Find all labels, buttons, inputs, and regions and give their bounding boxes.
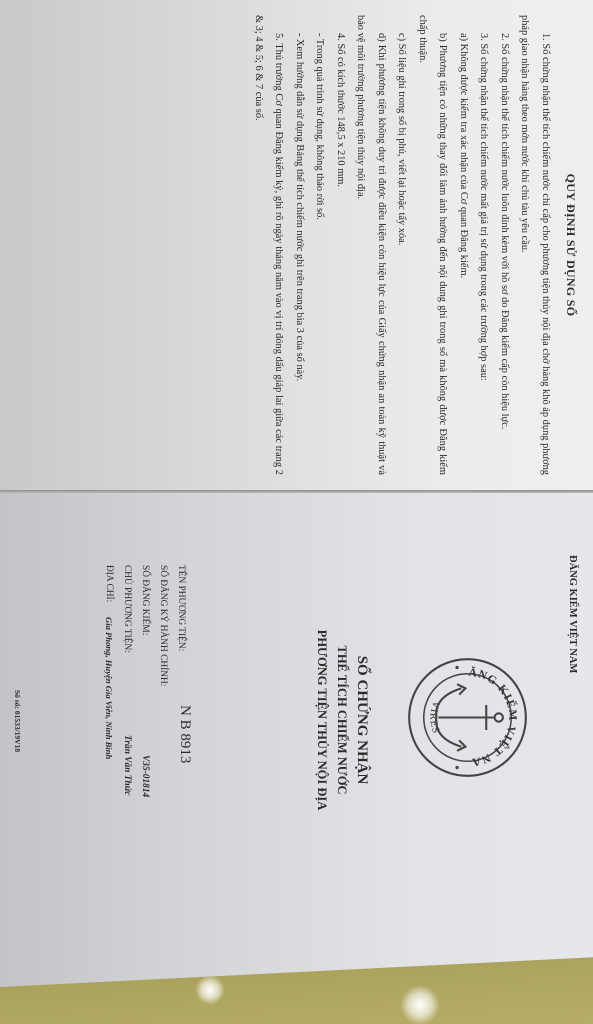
rule-3c: c) Số liệu ghi trong sổ bị phủ, viết lại…: [391, 15, 412, 475]
cover-title-line2: THỂ TÍCH CHIẾM NƯỚC: [332, 590, 352, 850]
page-fold: [0, 490, 593, 493]
owner-field: CHỦ PHƯƠNG TIỆN: Trần Văn Thức: [118, 565, 136, 865]
vessel-name-field: TÊN PHƯƠNG TIỆN: N B 8913: [172, 565, 190, 865]
registry-number-field: SỐ ĐĂNG KIỂM: V35-01814: [136, 565, 154, 865]
rule-4: 4. Sổ có kích thước 148,5 x 210 mm.: [330, 15, 351, 475]
owner-value: Trần Văn Thức: [118, 735, 136, 796]
rule-1: 1. Sổ chứng nhận thể tích chiếm nước chỉ…: [514, 15, 555, 475]
cover-title-line3: PHƯƠNG TIỆN THỦY NỘI ĐỊA: [312, 590, 332, 850]
light-glare: [195, 975, 225, 1005]
vessel-info: TÊN PHƯƠNG TIỆN: N B 8913 SỐ ĐĂNG KÝ HÀN…: [100, 565, 190, 865]
rule-3d: d) Khi phương tiện không duy trì được đi…: [350, 15, 391, 475]
cover-title-line1: SỔ CHỨNG NHẬN: [352, 590, 372, 850]
rule-3: 3. Sổ chứng nhận thể tích chiếm nước mất…: [473, 15, 494, 475]
rules-title: QUY ĐỊNH SỬ DỤNG SỔ: [563, 15, 578, 475]
booklet-serial: Số sổ: 01533/19V18: [13, 690, 22, 752]
rule-4-note1: - Trong quá trình sử dụng, không tháo rờ…: [309, 15, 330, 475]
anchor-icon: ĐĂNG KIỂM VIỆT NAM VIRES: [405, 655, 530, 780]
rule-3a: a) Không được kiểm tra xác nhận của Cơ q…: [453, 15, 474, 475]
rule-4-note2: - Xem hướng dẫn sử dụng Bảng thể tích ch…: [289, 15, 310, 475]
registry-number-value: V35-01814: [136, 755, 154, 797]
address-value: Gia Phong, Huyện Gia Viễn, Ninh Bình: [100, 617, 118, 759]
admin-registration-field: SỐ ĐĂNG KÝ HÀNH CHÍNH:: [154, 565, 172, 865]
rule-5: 5. Thủ trưởng Cơ quan Đăng kiểm ký, ghi …: [248, 15, 289, 475]
cover-title: SỔ CHỨNG NHẬN THỂ TÍCH CHIẾM NƯỚC PHƯƠNG…: [312, 590, 372, 850]
rule-2: 2. Sổ chứng nhận thể tích chiếm nước luô…: [494, 15, 515, 475]
vessel-name-value: N B 8913: [176, 705, 194, 763]
organization-name: ĐĂNG KIỂM VIỆT NAM: [567, 555, 578, 673]
light-glare: [400, 985, 440, 1024]
address-field: ĐỊA CHỈ: Gia Phong, Huyện Gia Viễn, Ninh…: [100, 565, 118, 865]
usage-rules: QUY ĐỊNH SỬ DỤNG SỔ 1. Sổ chứng nhận thể…: [248, 15, 579, 475]
rule-3b: b) Phương tiện có những thay đổi làm ảnh…: [412, 15, 453, 475]
svg-text:ĐĂNG KIỂM VIỆT NAM: ĐĂNG KIỂM VIỆT NAM: [468, 655, 530, 768]
